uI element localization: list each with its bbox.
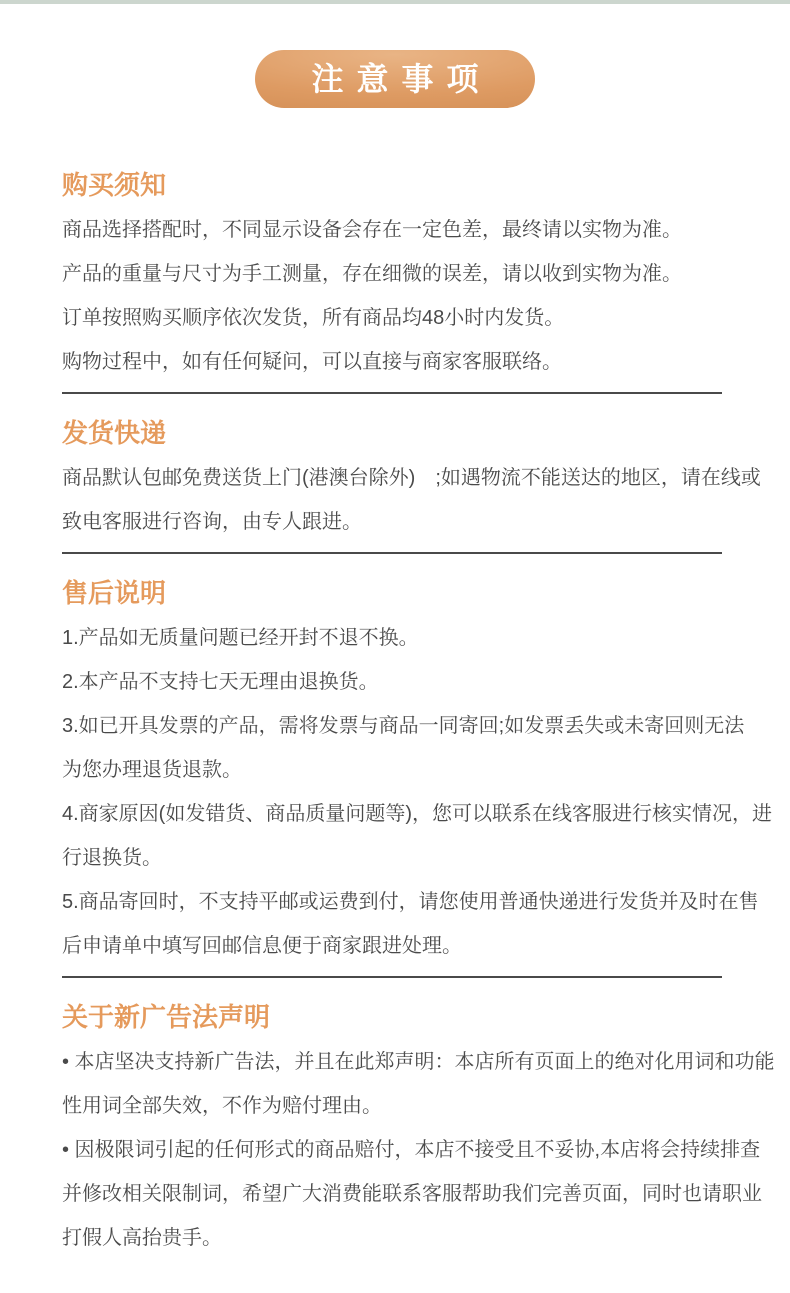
- notice-badge: 注意事项: [255, 50, 535, 108]
- section-title-after-sales: 售后说明: [62, 578, 738, 608]
- section-title-shipping: 发货快递: [62, 418, 738, 448]
- body-line: 打假人高抬贵手。: [62, 1216, 738, 1260]
- body-line: 为您办理退货退款。: [62, 748, 738, 792]
- body-line: 5.商品寄回时，不支持平邮或运费到付，请您使用普通快递进行发货并及时在售: [62, 880, 738, 924]
- section-title-ad-law: 关于新广告法声明: [62, 1002, 738, 1032]
- body-line: 后申请单中填写回邮信息便于商家跟进处理。: [62, 924, 738, 968]
- body-line: 并修改相关限制词，希望广大消费能联系客服帮助我们完善页面，同时也请职业: [62, 1172, 738, 1216]
- section-after-sales: 售后说明 1.产品如无质量问题已经开封不退不换。 2.本产品不支持七天无理由退换…: [62, 578, 738, 968]
- section-divider: [62, 392, 722, 394]
- section-divider: [62, 552, 722, 554]
- section-body: 商品选择搭配时，不同显示设备会存在一定色差，最终请以实物为准。 产品的重量与尺寸…: [62, 208, 738, 384]
- section-divider: [62, 976, 722, 978]
- section-body: 1.产品如无质量问题已经开封不退不换。 2.本产品不支持七天无理由退换货。 3.…: [62, 616, 738, 968]
- top-strip: [0, 0, 790, 4]
- body-line: 商品选择搭配时，不同显示设备会存在一定色差，最终请以实物为准。: [62, 208, 738, 252]
- body-line: 行退换货。: [62, 836, 738, 880]
- badge-wrap: 注意事项: [0, 50, 790, 108]
- body-line: 2.本产品不支持七天无理由退换货。: [62, 660, 738, 704]
- section-shipping: 发货快递 商品默认包邮免费送货上门(港澳台除外) ;如遇物流不能送达的地区，请在…: [62, 418, 738, 544]
- section-ad-law-statement: 关于新广告法声明 • 本店坚决支持新广告法，并且在此郑声明：本店所有页面上的绝对…: [62, 1002, 738, 1260]
- body-line: 产品的重量与尺寸为手工测量，存在细微的误差，请以收到实物为准。: [62, 252, 738, 296]
- body-line: 订单按照购买顺序依次发货，所有商品均48小时内发货。: [62, 296, 738, 340]
- body-line: 购物过程中，如有任何疑问，可以直接与商家客服联络。: [62, 340, 738, 384]
- body-line: 致电客服进行咨询，由专人跟进。: [62, 500, 738, 544]
- body-line: 4.商家原因(如发错货、商品质量问题等)，您可以联系在线客服进行核实情况，进: [62, 792, 738, 836]
- body-line: 1.产品如无质量问题已经开封不退不换。: [62, 616, 738, 660]
- body-line: 3.如已开具发票的产品，需将发票与商品一同寄回;如发票丢失或未寄回则无法: [62, 704, 738, 748]
- section-title-purchase-notes: 购买须知: [62, 170, 738, 200]
- section-purchase-notes: 购买须知 商品选择搭配时，不同显示设备会存在一定色差，最终请以实物为准。 产品的…: [62, 170, 738, 384]
- body-line: • 本店坚决支持新广告法，并且在此郑声明：本店所有页面上的绝对化用词和功能: [62, 1040, 738, 1084]
- body-line: 商品默认包邮免费送货上门(港澳台除外) ;如遇物流不能送达的地区，请在线或: [62, 456, 738, 500]
- section-body: 商品默认包邮免费送货上门(港澳台除外) ;如遇物流不能送达的地区，请在线或 致电…: [62, 456, 738, 544]
- body-line: 性用词全部失效，不作为赔付理由。: [62, 1084, 738, 1128]
- notice-content: 购买须知 商品选择搭配时，不同显示设备会存在一定色差，最终请以实物为准。 产品的…: [0, 170, 790, 1260]
- section-body: • 本店坚决支持新广告法，并且在此郑声明：本店所有页面上的绝对化用词和功能 性用…: [62, 1040, 738, 1260]
- body-line: • 因极限词引起的任何形式的商品赔付，本店不接受且不妥协,本店将会持续排查: [62, 1128, 738, 1172]
